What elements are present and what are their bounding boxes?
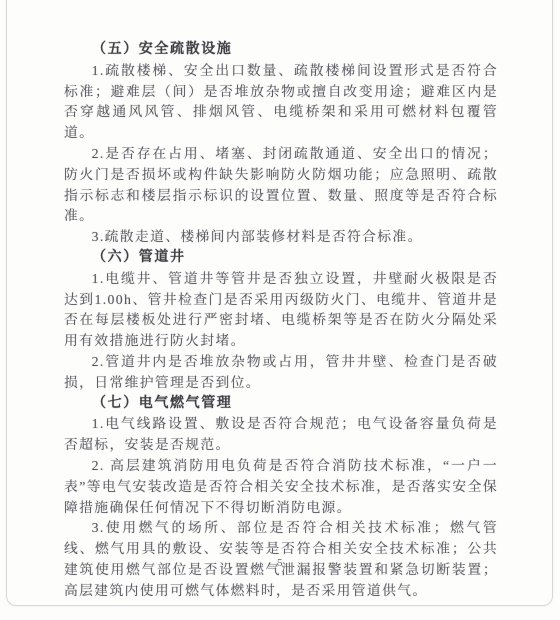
section-6-paragraph-2: 2.管道井内是否堆放杂物或占用，管井井壁、检查门是否破损，日常维护管理是否到位。 <box>64 352 498 394</box>
section-5-paragraph-2: 2.是否存在占用、堵塞、封闭疏散通道、安全出口的情况；防火门是否损坏或构件缺失影… <box>64 144 498 227</box>
section-7-paragraph-2: 2. 高层建筑消防用电负荷是否符合消防技术标准，“一户一表”等电气安装改造是否符… <box>64 456 498 518</box>
section-5-paragraph-3: 3.疏散走道、楼梯间内部装修材料是否符合标准。 <box>64 227 498 248</box>
document-body: （五）安全疏散设施 1.疏散楼梯、安全出口数量、疏散楼梯间设置形式是否符合标准；… <box>64 40 498 602</box>
section-7-paragraph-1: 1.电气线路设置、敷设是否符合规范；电气设备容量负荷是否超标，安装是否规范。 <box>64 414 498 456</box>
page-number: 5 <box>0 557 560 569</box>
section-heading-safety-evacuation: （五）安全疏散设施 <box>64 40 498 61</box>
section-5-paragraph-1: 1.疏散楼梯、安全出口数量、疏散楼梯间设置形式是否符合标准；避难层（间）是否堆放… <box>64 61 498 144</box>
section-heading-electric-gas-management: （七）电气燃气管理 <box>64 394 498 415</box>
section-6-paragraph-1: 1.电缆井、管道井等管井是否独立设置，井壁耐火极限是否达到1.00h、管井检查门… <box>64 269 498 352</box>
section-heading-pipe-shafts: （六）管道井 <box>64 248 498 269</box>
